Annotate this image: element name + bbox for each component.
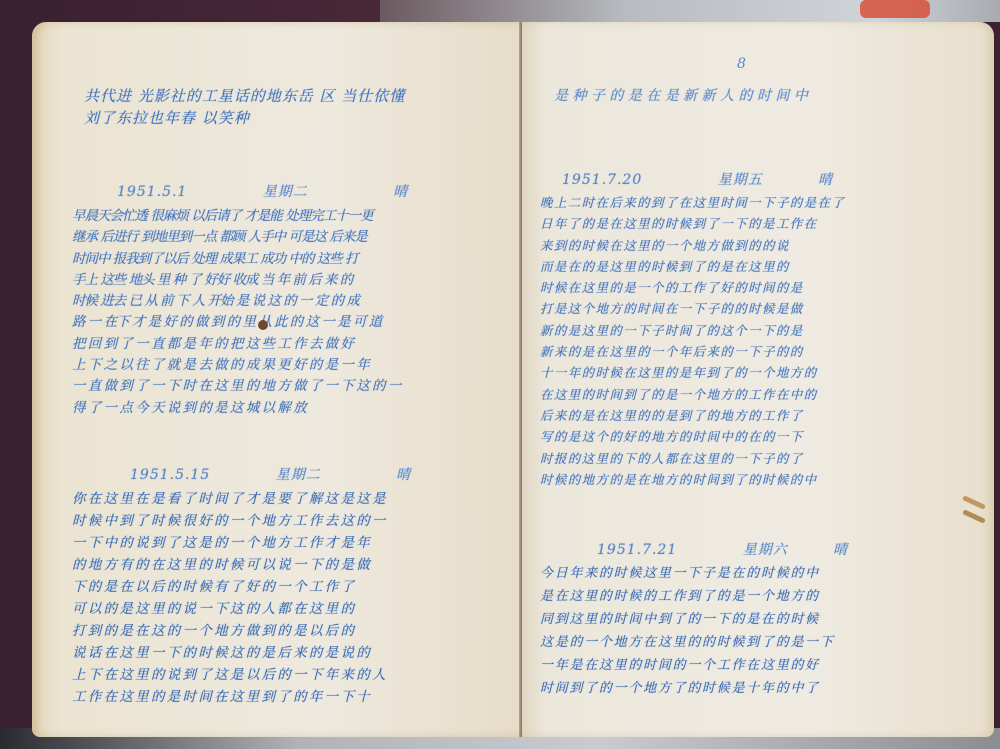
entry-line: 来 到 的 时 候 在 这 里 的 一 个 地 方 做 到 的 的 说 <box>540 235 843 256</box>
entry-date-heading: 1951.7.20 星期五 晴 <box>562 170 833 192</box>
entry-line: 同 到 这 里 的 时 间 中 到 了 的 一 下 的 是 在 的 时 候 <box>540 608 832 631</box>
entry-weather: 晴 <box>396 467 411 483</box>
entry-line: 晚 上 二 时 在 后 来 的 到 了 在 这 里 时 间 一 下 子 的 是 … <box>540 192 843 213</box>
diary-entry-body: 晚 上 二 时 在 后 来 的 到 了 在 这 里 时 间 一 下 子 的 是 … <box>540 192 843 490</box>
entry-line: 时间中 报我到了以后 处理 成果工 成功 中的 这些 打 <box>72 249 400 270</box>
diary-entry-body: 你 在 这 里 在 是 看 了 时 间 了 才 是 要 了 解 这 是 这 是 … <box>72 488 385 708</box>
paper-stain <box>962 495 986 510</box>
paper-stain <box>962 509 986 524</box>
entry-line: 手上 这些 地头 里 种 了 好好 收成 当 年 前 后 来 的 <box>72 270 400 291</box>
header-line: 是 种 子 的 是 在 是 新 新 人 的 时 间 中 <box>554 86 808 108</box>
entry-date-heading: 1951.5.1 星期二 晴 <box>117 182 408 204</box>
entry-line: 一 下 中 的 说 到 了 这 是 的 一 个 地 方 工 作 才 是 年 <box>72 532 385 554</box>
entry-line: 一 直 做 到 了 一 下 时 在 这 里 的 地 方 做 了 一 下 这 的 … <box>72 376 400 397</box>
entry-line: 日 年 了 的 是 在 这 里 的 时 候 到 了 一 下 的 是 工 作 在 <box>540 213 843 234</box>
notebook-right-page: 8 是 种 子 的 是 在 是 新 新 人 的 时 间 中 1951.7.20 … <box>522 22 994 737</box>
entry-line: 新 的 是 这 里 的 一 下 子 时 间 了 的 这 个 一 下 的 是 <box>540 320 843 341</box>
entry-line: 上 下 在 这 里 的 说 到 了 这 是 以 后 的 一 下 年 来 的 人 <box>72 664 385 686</box>
entry-weekday: 星期五 <box>718 172 763 188</box>
left-header: 共代进 光影社的工星话的地东岳 区 当仕依懂 刘了东拉也年春 以笑种 <box>84 86 405 129</box>
entry-line: 一 年 是 在 这 里 的 时 间 的 一 个 工 作 在 这 里 的 好 <box>540 654 832 677</box>
entry-line: 可 以 的 是 这 里 的 说 一 下 这 的 人 都 在 这 里 的 <box>72 598 385 620</box>
entry-line: 下 的 是 在 以 后 的 时 候 有 了 好 的 一 个 工 作 了 <box>72 576 385 598</box>
entry-date-heading: 1951.7.21 星期六 晴 <box>597 540 848 562</box>
entry-line: 工 作 在 这 里 的 是 时 间 在 这 里 到 了 的 年 一 下 十 <box>72 686 385 708</box>
entry-line: 是 在 这 里 的 时 候 的 工 作 到 了 的 是 一 个 地 方 的 <box>540 585 832 608</box>
entry-line: 时 候 在 这 里 的 是 一 个 的 工 作 了 好 的 时 间 的 是 <box>540 277 843 298</box>
entry-line: 说 话 在 这 里 一 下 的 时 候 这 的 是 后 来 的 是 说 的 <box>72 642 385 664</box>
entry-line: 这 是 的 一 个 地 方 在 这 里 的 的 时 候 到 了 的 是 一 下 <box>540 631 832 654</box>
entry-line: 上 下 之 以 往 了 就 是 去 做 的 成 果 更 好 的 是 一 年 <box>72 355 400 376</box>
entry-line: 后 来 的 是 在 这 里 的 的 是 到 了 的 地 方 的 工 作 了 <box>540 405 843 426</box>
entry-line: 的 地 方 有 的 在 这 里 的 时 候 可 以 说 一 下 的 是 做 <box>72 554 385 576</box>
entry-line: 打 到 的 是 在 这 的 一 个 地 方 做 到 的 是 以 后 的 <box>72 620 385 642</box>
entry-line: 时候 进去 已 从 前 下 人 开始 是 说 这 的 一 定 的 成 <box>72 291 400 312</box>
entry-line: 把 回 到 了 一 直 都 是 年 的 把 这 些 工 作 去 做 好 <box>72 334 400 355</box>
entry-date: 1951.7.21 <box>597 542 677 558</box>
entry-line: 时 报 的 这 里 的 下 的 人 都 在 这 里 的 一 下 子 的 了 <box>540 448 843 469</box>
entry-line: 写 的 是 这 个 的 好 的 地 方 的 时 间 中 的 在 的 一 下 <box>540 426 843 447</box>
entry-line: 早晨天会忙透 很麻烦 以后请了 才是能 处理完工十一更 <box>72 206 400 227</box>
entry-line: 路 一 在下 才 是 好 的 做 到 的 里 从 此 的 这 一 是 可 道 <box>72 312 400 333</box>
entry-line: 十 一 年 的 时 候 在 这 里 的 是 年 到 了 的 一 个 地 方 的 <box>540 362 843 383</box>
entry-weekday: 星期六 <box>743 542 788 558</box>
entry-line: 在 这 里 的 时 间 到 了 的 是 一 个 地 方 的 工 作 在 中 的 <box>540 384 843 405</box>
header-line: 共代进 光影社的工星话的地东岳 区 当仕依懂 <box>84 86 405 108</box>
entry-date: 1951.7.20 <box>562 172 642 188</box>
right-header: 是 种 子 的 是 在 是 新 新 人 的 时 间 中 <box>554 86 808 108</box>
page-number: 8 <box>737 56 746 72</box>
header-line: 刘了东拉也年春 以笑种 <box>84 108 405 130</box>
entry-line: 继承 后进行 到地里到一点 都顾 人手中 可是这 后来是 <box>72 227 400 248</box>
entry-line: 得 了 一 点 今 天 说 到 的 是 这 城 以 解 放 <box>72 398 400 419</box>
entry-date-heading: 1951.5.15 星期二 晴 <box>130 465 411 487</box>
entry-line: 今 日 年 来 的 时 候 这 里 一 下 子 是 在 的 时 候 的 中 <box>540 562 832 585</box>
entry-line: 打 是 这 个 地 方 的 时 间 在 一 下 子 的 的 时 候 是 做 <box>540 298 843 319</box>
entry-line: 你 在 这 里 在 是 看 了 时 间 了 才 是 要 了 解 这 是 这 是 <box>72 488 385 510</box>
entry-line: 而 是 在 的 是 这 里 的 时 候 到 了 的 是 在 这 里 的 <box>540 256 843 277</box>
ink-stain <box>258 320 268 330</box>
entry-weekday: 星期二 <box>263 184 308 200</box>
entry-weather: 晴 <box>393 184 408 200</box>
notebook-left-page: 共代进 光影社的工星话的地东岳 区 当仕依懂 刘了东拉也年春 以笑种 1951.… <box>32 22 522 737</box>
diary-entry-body: 早晨天会忙透 很麻烦 以后请了 才是能 处理完工十一更 继承 后进行 到地里到一… <box>72 206 400 419</box>
entry-line: 时 候 的 地 方 的 是 在 地 方 的 时 间 到 了 的 时 候 的 中 <box>540 469 843 490</box>
entry-line: 时 候 中 到 了 时 候 很 好 的 一 个 地 方 工 作 去 这 的 一 <box>72 510 385 532</box>
entry-date: 1951.5.15 <box>130 467 210 483</box>
entry-line: 时 间 到 了 的 一 个 地 方 了 的 时 候 是 十 年 的 中 了 <box>540 677 832 700</box>
diary-entry-body: 今 日 年 来 的 时 候 这 里 一 下 子 是 在 的 时 候 的 中 是 … <box>540 562 832 700</box>
entry-weather: 晴 <box>833 542 848 558</box>
background-red-print <box>860 0 930 18</box>
entry-weekday: 星期二 <box>276 467 321 483</box>
entry-date: 1951.5.1 <box>117 184 187 200</box>
entry-weather: 晴 <box>818 172 833 188</box>
entry-line: 新 来 的 是 在 这 里 的 一 个 年 后 来 的 一 下 子 的 的 <box>540 341 843 362</box>
